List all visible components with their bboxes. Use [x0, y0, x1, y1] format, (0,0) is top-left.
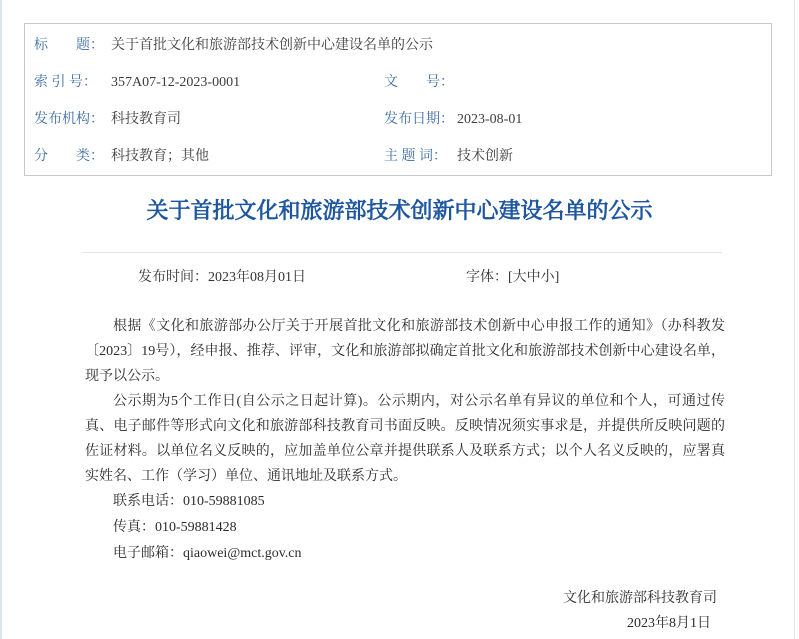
page-left-edge: [0, 0, 2, 639]
body-paragraph-2: 公示期为5个工作日(自公示之日起计算)。公示期内，对公示名单有异议的单位和个人，…: [85, 389, 725, 489]
contact-fax-label: 传真：: [113, 520, 155, 535]
field-value-publish-date: 2023-08-01: [457, 101, 522, 138]
field-value-title: 关于首批文化和旅游部技术创新中心建设名单的公示: [111, 27, 433, 64]
field-value-subject-words: 技术创新: [457, 138, 513, 175]
field-label-category: 分 类：: [34, 138, 104, 175]
field-value-index-number: 357A07-12-2023-0001: [111, 64, 240, 101]
field-label-agency: 发布机构：: [34, 101, 104, 138]
contact-fax-value: 010-59881428: [155, 520, 237, 535]
article-title: 关于首批文化和旅游部技术创新中心建设名单的公示: [0, 196, 799, 226]
publish-time: 发布时间：2023年08月01日: [138, 266, 306, 290]
metadata-row-title: 标 题： 关于首批文化和旅游部技术创新中心建设名单的公示: [25, 27, 771, 64]
body-paragraph-1: 根据《文化和旅游部办公厅关于开展首批文化和旅游部技术创新中心申报工作的通知》（办…: [85, 314, 725, 389]
publish-info-bar: 发布时间：2023年08月01日 字体：[大中小]: [0, 266, 799, 290]
contact-email-label: 电子邮箱：: [113, 546, 183, 561]
field-label-title: 标 题：: [34, 27, 104, 64]
field-label-subject-words: 主 题 词：: [384, 138, 447, 175]
field-value-category: 科技教育；其他: [111, 138, 209, 175]
publish-time-label: 发布时间：: [138, 270, 208, 285]
publish-time-value: 2023年08月01日: [208, 270, 306, 285]
field-label-publish-date: 发布日期：: [384, 101, 454, 138]
metadata-row-agency: 发布机构： 科技教育司 发布日期： 2023-08-01: [25, 101, 771, 138]
metadata-row-index: 索 引 号： 357A07-12-2023-0001 文 号：: [25, 64, 771, 101]
font-size-switcher[interactable]: [大中小]: [508, 270, 559, 285]
field-label-index-number: 索 引 号：: [34, 64, 97, 101]
page-right-edge: [794, 0, 795, 639]
field-label-doc-number: 文 号：: [384, 64, 454, 101]
font-size-control: 字体：[大中小]: [466, 266, 559, 290]
contact-fax-line: 传真：010-59881428: [85, 515, 725, 541]
metadata-row-category: 分 类： 科技教育；其他 主 题 词： 技术创新: [25, 138, 771, 175]
contact-email-value: qiaowei@mct.gov.cn: [183, 546, 302, 561]
signature-org: 文化和旅游部科技教育司: [563, 586, 717, 611]
contact-email-line: 电子邮箱：qiaowei@mct.gov.cn: [85, 541, 725, 567]
signature-block: 文化和旅游部科技教育司 2023年8月1日: [563, 586, 717, 636]
title-divider: [82, 252, 722, 253]
article-body: 根据《文化和旅游部办公厅关于开展首批文化和旅游部技术创新中心申报工作的通知》（办…: [85, 314, 725, 567]
contact-phone-label: 联系电话：: [113, 494, 183, 509]
font-size-label: 字体：: [466, 270, 508, 285]
field-value-agency: 科技教育司: [111, 101, 181, 138]
metadata-table: 标 题： 关于首批文化和旅游部技术创新中心建设名单的公示 索 引 号： 357A…: [24, 23, 772, 176]
contact-phone-value: 010-59881085: [183, 494, 265, 509]
document-page: 标 题： 关于首批文化和旅游部技术创新中心建设名单的公示 索 引 号： 357A…: [0, 0, 799, 639]
signature-date: 2023年8月1日: [563, 611, 717, 636]
contact-phone-line: 联系电话：010-59881085: [85, 489, 725, 515]
